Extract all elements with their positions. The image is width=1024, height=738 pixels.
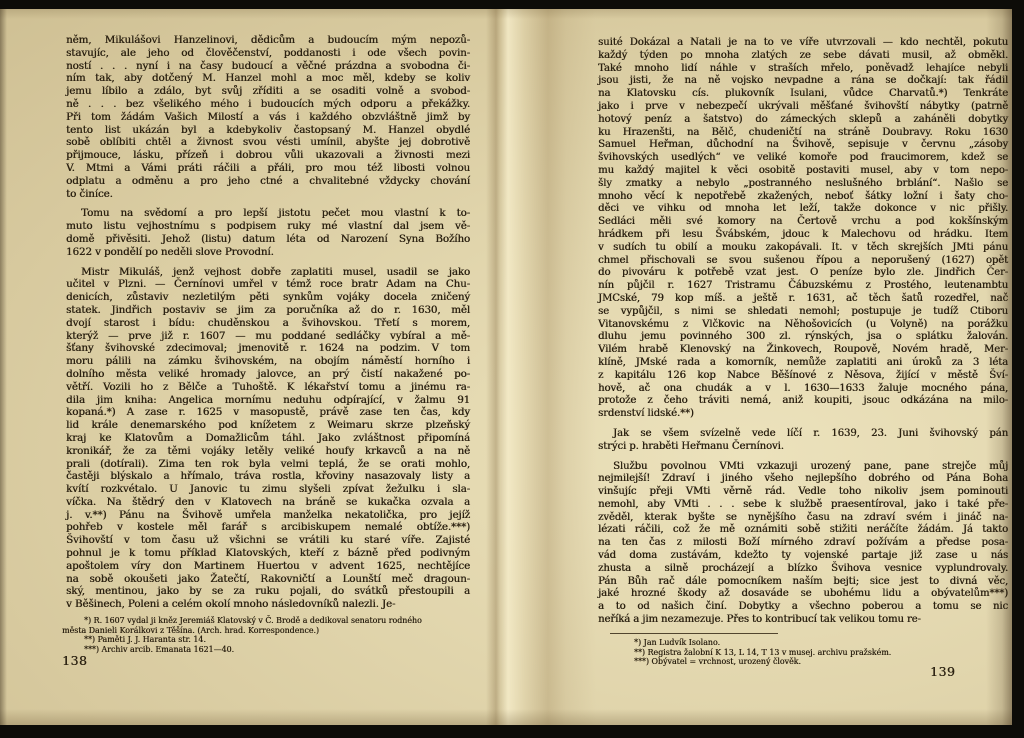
right-page-footnotes: *) Jan Ludvík Isolano.**) Registra žalob… (612, 638, 1012, 667)
text-line: šly zmatky a nebylo „postranného neslušn… (598, 178, 1008, 191)
text-line: vád doma zustávám, kdežto ty vojenské pa… (598, 550, 1008, 563)
text-line: denicích, zůstaviv nezletilým pěti synků… (66, 291, 470, 304)
left-page-body-text: něm, Mikulášovi Hanzelinovi, dědicům a b… (66, 34, 470, 611)
text-line: častěji blýskalo a hřímalo, tráva rostla… (66, 470, 470, 483)
text-line: V. Mtmi a Vámi práti ráčili a přáli, pro… (66, 162, 470, 175)
text-line: z kapitálu 126 kop Nabce Běšínové z Něso… (598, 370, 1008, 383)
text-line: dolního města veliké hromady jalovce, an… (66, 368, 470, 381)
text-line: hrádkem při lesu Švábském, jdouc k Malec… (598, 229, 1008, 242)
text-line: ně . . . bez všelikého mého i budoucích … (66, 98, 470, 111)
text-line: j. v.**) Pánu na Švihově umřela manželka… (66, 509, 470, 522)
text-line: Sedláci měli své komory na Čertově vrchu… (598, 216, 1008, 229)
text-line: domě přivěsiti. Jehož (listu) datum léta… (66, 233, 470, 246)
text-line: stavujíc, ale jeho od člověčenství, podd… (66, 47, 470, 60)
text-line: Službu povolnou VMti vzkazuji urozený pa… (598, 461, 1008, 474)
text-line: ním tak, aby dotčený M. Hanzel mohl a mo… (66, 72, 470, 85)
text-line: klíně, JMské rada a komorník, nemůže zap… (598, 357, 1008, 370)
text-line: každý týden po mnoha zlatých ze sebe dáv… (598, 50, 1008, 63)
text-line: suité Dokázal a Natali je na to ve víře … (598, 37, 1008, 50)
text-line: Také mnoho lidí náhle v straších mřelo, … (598, 63, 1008, 76)
text-line: pohřeb v kostele měl farář s arcibiskupe… (66, 521, 470, 534)
text-line: statek. Jindřich postaviv se jim za poru… (66, 304, 470, 317)
text-line: mu každý majitel k věci osobitě postavit… (598, 165, 1008, 178)
text-line: Při tom žádám Vašich Milostí a vás i kaž… (66, 111, 470, 124)
paragraph: ***) Archiv arcib. Emanata 1621—40. (62, 645, 492, 655)
text-line: jako i prve v nebezpečí ukrývali měšťané… (598, 101, 1008, 114)
text-line: Mistr Mikuláš, jenž vejhost dobře zaplat… (66, 266, 470, 279)
text-line: **) Paměti J. J. Haranta str. 14. (62, 635, 492, 645)
text-line: dvojí starost i bídu: chuděnskou a šviho… (66, 317, 470, 330)
paragraph: Jak se všem svízelně vede líčí r. 1639, … (598, 428, 1008, 454)
text-line: se vypůjčil, s nimi se shledati nemohl; … (598, 306, 1008, 319)
text-line: srdenství lidské.**) (598, 408, 1008, 421)
text-line: švihovských usedlých“ ve veliké komoře p… (598, 152, 1008, 165)
footnote-divider-rule (610, 633, 778, 634)
text-line: dluhu jemu povinného 300 zl. rýnských, j… (598, 331, 1008, 344)
text-line: tento list ukázán byl a kdebykoliv často… (66, 124, 470, 137)
paragraph: suité Dokázal a Natali je na to ve víře … (598, 37, 1008, 421)
text-line: dila jim kniha: Angelica mornímu neduhu … (66, 394, 470, 407)
text-line: mnoho věcí k nepotřebě zkažených, neboť … (598, 191, 1008, 204)
text-line: neříká a jim nezamezuje. Přes to kontrib… (598, 614, 1008, 627)
text-line: Jak se všem svízelně vede líčí r. 1639, … (598, 428, 1008, 441)
text-line: v Běšinech, Poleni a celém okolí mnoho n… (66, 598, 470, 611)
text-line: *) Jan Ludvík Isolano. (612, 638, 1012, 648)
paragraph: **) Paměti J. J. Haranta str. 14. (62, 635, 492, 645)
text-line: jsou jisti, že na ně vojsko nevpadne a r… (598, 75, 1008, 88)
text-line: ku Hrazenšti, na Bělč, chudeničtí na str… (598, 127, 1008, 140)
text-line: a to od našich činí. Dobytky a všechno p… (598, 601, 1008, 614)
left-page-number: 138 (62, 653, 87, 668)
scanned-book-spread: něm, Mikulášovi Hanzelinovi, dědicům a b… (0, 0, 1024, 738)
text-line: apoštolem víry don Martinem Huertou v ad… (66, 560, 470, 573)
text-line: města Danieli Korálkovi z Těšína. (Arch.… (62, 626, 492, 636)
paragraph: *) Jan Ludvík Isolano. (612, 638, 1012, 648)
left-page-footnotes: *) R. 1607 vydal ji kněz Jeremiáš Klatov… (62, 616, 492, 654)
text-line: nín půjčil r. 1627 Tristramu Čábuzskému … (598, 280, 1008, 293)
text-line: muto listu vejhostnímu s podpisem ruky m… (66, 220, 470, 233)
text-line: kraj ke Klatovům a Domažlicům táhl. Jako… (66, 432, 470, 445)
text-line: lid krále denemarského pod knížetem z We… (66, 419, 470, 432)
text-line: hotový peníz a šatstvo) do zámeckých skl… (598, 114, 1008, 127)
text-line: ský, mentinou, jako by se za ruku pojali… (66, 585, 470, 598)
text-line: na Klatovsku cís. plukovník Isulani, vůd… (598, 88, 1008, 101)
text-line: *) R. 1607 vydal ji kněz Jeremiáš Klatov… (62, 616, 492, 626)
text-line: 1622 v pondělí po neděli slove Provodní. (66, 246, 470, 259)
paragraph: Mistr Mikuláš, jenž vejhost dobře zaplat… (66, 266, 470, 612)
text-line: víčka. Na štědrý den v Klatovech na brán… (66, 496, 470, 509)
text-line: něm, Mikulášovi Hanzelinovi, dědicům a b… (66, 34, 470, 47)
text-line: děci ve vihku od mnoha let leží, takže d… (598, 203, 1008, 216)
text-line: větří. Vozili ho z Bělče a Tuhoště. K lé… (66, 381, 470, 394)
text-line: hově, ač ona chudák a v l. 1630—1633 žal… (598, 383, 1008, 396)
text-line: sobě oblíbiti chtěl a živnost svou vésti… (66, 136, 470, 149)
text-line: Tomu na svědomí a pro lepší jistotu peče… (66, 207, 470, 220)
right-page-body-text: suité Dokázal a Natali je na to ve víře … (598, 37, 1008, 627)
text-line: jaké hrozné škody až dosaváde se ubohému… (598, 588, 1008, 601)
text-line: ností . . . nyní i na časy budoucí a věč… (66, 60, 470, 73)
text-line: Švihovští v tom času už všichni se vráti… (66, 534, 470, 547)
text-line: Samuel Heřman, důchodní na Švihově, sepi… (598, 139, 1008, 152)
text-line: Vitanovskému z Vlčkovic na Něhošovicích … (598, 319, 1008, 332)
text-line: zvěděl, kterak byšte se nynějšího času n… (598, 512, 1008, 525)
text-line: to činíce. (66, 188, 470, 201)
text-line: kvítí rozkvétalo. U Janovic tu zimu slyš… (66, 483, 470, 496)
paragraph: *) R. 1607 vydal ji kněz Jeremiáš Klatov… (62, 616, 492, 635)
paragraph: Službu povolnou VMti vzkazuji urozený pa… (598, 461, 1008, 627)
text-line: v sudích tu obilí a mouku zakopávali. It… (598, 242, 1008, 255)
text-line: odplatu a odměnu a pro jeho ctné a chval… (66, 175, 470, 188)
text-line: nemohl, aby VMti . . . sebe k službě pra… (598, 499, 1008, 512)
text-line: moru pálili na zámku švihovském, na oboj… (66, 355, 470, 368)
text-line: **) Registra žalobní K 13, L 14, T 13 v … (612, 648, 1012, 658)
text-line: chmel přischovali se svou sušenou řípou … (598, 255, 1008, 268)
paragraph: něm, Mikulášovi Hanzelinovi, dědicům a b… (66, 34, 470, 200)
text-line: Vilém hrabě Klenovský na Žinkovech, Roup… (598, 344, 1008, 357)
text-line: pohnul je k tomu příklad Klatovských, kt… (66, 547, 470, 560)
book-pages-paper: něm, Mikulášovi Hanzelinovi, dědicům a b… (0, 9, 1012, 725)
text-line: do pivováru k potřebě vzat jest. O peníz… (598, 267, 1008, 280)
text-line: kronikář, že za těmi vojáky letěly velik… (66, 445, 470, 458)
text-line: nejmilejší! Zdraví i jiného všeho nejlep… (598, 473, 1008, 486)
paragraph: Tomu na svědomí a pro lepší jistotu peče… (66, 207, 470, 258)
text-line: kterýž — prve již r. 1607 — mu poddané s… (66, 330, 470, 343)
paragraph: **) Registra žalobní K 13, L 14, T 13 v … (612, 648, 1012, 658)
text-line: jemu líbilo a zdálo, byt svůj zříditi a … (66, 85, 470, 98)
text-line: kopaná.*) A zase r. 1625 v masopustě, pr… (66, 406, 470, 419)
text-line: zhusta a silně procházejí a blízko Šviho… (598, 563, 1008, 576)
text-line: na sobě okoušeti jako Žatečtí, Rakovničt… (66, 573, 470, 586)
text-line: strýci p. hraběti Heřmanu Černínovi. (598, 441, 1008, 454)
text-line: učitel v Plzni. — Černínovi umřel v témž… (66, 278, 470, 291)
text-line: lézati ráčili, což že mě oznámiti sobě s… (598, 524, 1008, 537)
text-line: protože z čeho tráviti nemá, aniž koupit… (598, 395, 1008, 408)
text-line: vinšujíc přeji VMti věrně rád. Vedle toh… (598, 486, 1008, 499)
text-line: na ten čas z milosti Boží mírného zdraví… (598, 537, 1008, 550)
right-page-number: 139 (930, 664, 955, 679)
text-line: Pán Bůh rač dále pomocníkem naším bejti;… (598, 576, 1008, 589)
text-line: prali (dotírali). Zima ten rok byla velm… (66, 458, 470, 471)
text-line: šťany švihovské zdecimoval; jmenovitě r.… (66, 342, 470, 355)
text-line: přijmouce, lásku, přízeň i dobrou vůli u… (66, 149, 470, 162)
text-line: ***) Archiv arcib. Emanata 1621—40. (62, 645, 492, 655)
text-line: JMCské, 79 kop míš. a ještě r. 1631, ač … (598, 293, 1008, 306)
